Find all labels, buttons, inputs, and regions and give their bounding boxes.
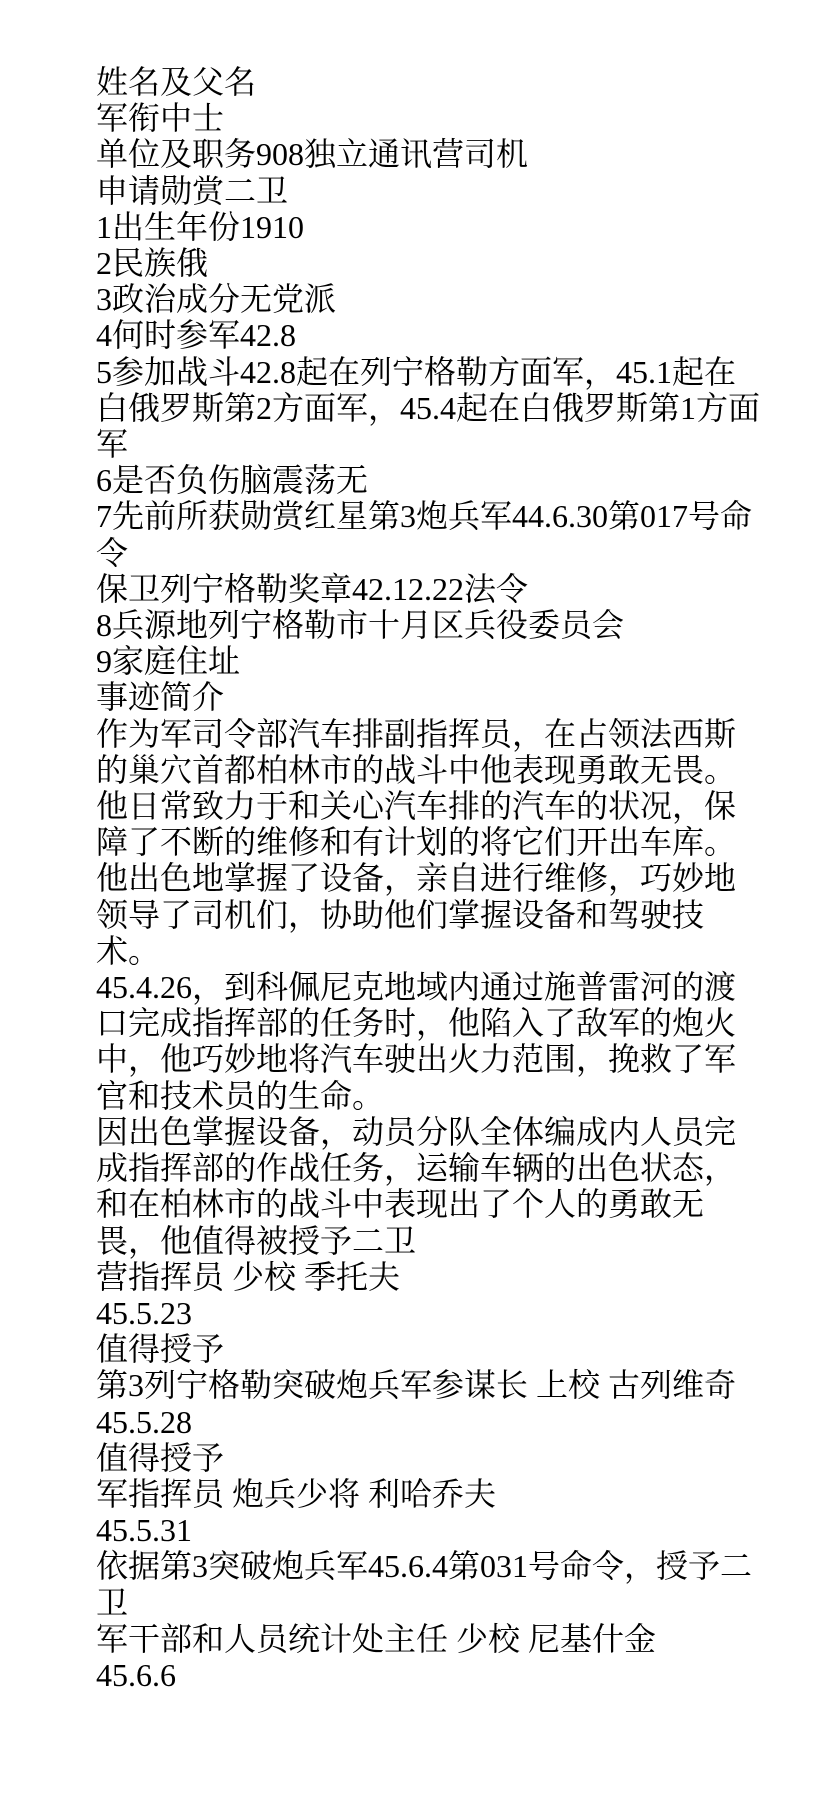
document-paragraph: 值得授予 xyxy=(96,1331,763,1367)
document-paragraph: 1出生年份1910 xyxy=(96,209,763,245)
document-paragraph: 他出色地掌握了设备，亲自进行维修，巧妙地领导了司机们，协助他们掌握设备和驾驶技术… xyxy=(96,860,763,969)
document-paragraph: 45.6.6 xyxy=(96,1657,763,1693)
document-paragraph: 7先前所获勋赏红星第3炮兵军44.6.30第017号命令 xyxy=(96,498,763,570)
document-paragraph: 6是否负伤脑震荡无 xyxy=(96,462,763,498)
document-paragraph: 9家庭住址 xyxy=(96,643,763,679)
document-paragraph: 姓名及父名 xyxy=(96,64,763,100)
document-paragraph: 军干部和人员统计处主任 少校 尼基什金 xyxy=(96,1621,763,1657)
document-paragraph: 申请勋赏二卫 xyxy=(96,173,763,209)
document-paragraph: 因出色掌握设备，动员分队全体编成内人员完成指挥部的作战任务，运输车辆的出色状态，… xyxy=(96,1114,763,1259)
document-paragraph: 8兵源地列宁格勒市十月区兵役委员会 xyxy=(96,607,763,643)
document-paragraph: 第3列宁格勒突破炮兵军参谋长 上校 古列维奇 xyxy=(96,1367,763,1403)
document-paragraph: 45.5.28 xyxy=(96,1404,763,1440)
document-paragraph: 3政治成分无党派 xyxy=(96,281,763,317)
document-paragraph: 他日常致力于和关心汽车排的汽车的状况，保障了不断的维修和有计划的将它们开出车库。 xyxy=(96,788,763,860)
document-paragraph: 2民族俄 xyxy=(96,245,763,281)
document-paragraph: 单位及职务908独立通讯营司机 xyxy=(96,136,763,172)
document-paragraph: 4何时参军42.8 xyxy=(96,317,763,353)
document-paragraph: 45.5.31 xyxy=(96,1512,763,1548)
document-paragraph: 依据第3突破炮兵军45.6.4第031号命令，授予二卫 xyxy=(96,1548,763,1620)
document-background: { "page": { "background_color": "#ffffff… xyxy=(0,0,833,1800)
document-paragraph: 保卫列宁格勒奖章42.12.22法令 xyxy=(96,571,763,607)
document-page: 姓名及父名军衔中士单位及职务908独立通讯营司机申请勋赏二卫1出生年份19102… xyxy=(0,0,763,1693)
document-paragraph: 事迹简介 xyxy=(96,679,763,715)
document-paragraph: 军衔中士 xyxy=(96,100,763,136)
document-paragraph: 军指挥员 炮兵少将 利哈乔夫 xyxy=(96,1476,763,1512)
document-paragraph: 营指挥员 少校 季托夫 xyxy=(96,1259,763,1295)
document-paragraph: 值得授予 xyxy=(96,1440,763,1476)
document-paragraph: 5参加战斗42.8起在列宁格勒方面军，45.1起在白俄罗斯第2方面军，45.4起… xyxy=(96,354,763,463)
document-paragraph: 45.5.23 xyxy=(96,1295,763,1331)
document-paragraph: 45.4.26，到科佩尼克地域内通过施普雷河的渡口完成指挥部的任务时，他陷入了敌… xyxy=(96,969,763,1114)
document-paragraph: 作为军司令部汽车排副指挥员，在占领法西斯的巢穴首都柏林市的战斗中他表现勇敢无畏。 xyxy=(96,716,763,788)
